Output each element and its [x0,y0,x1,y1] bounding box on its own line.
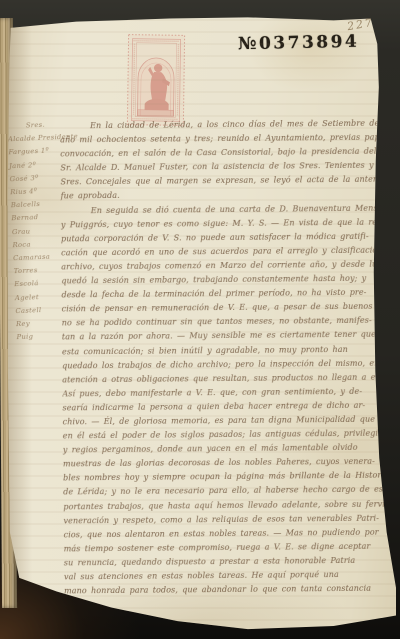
revenue-stamp [126,34,185,127]
photographed-manuscript-scene: 227 №0373894 [0,0,400,639]
manuscript-page: 227 №0373894 [6,13,396,631]
serial-number-stamp: №0373894 [238,32,360,55]
folio-number: 227 [346,16,375,33]
manuscript-line: su renuncia, quedando dispuesto a presta… [64,553,388,570]
manuscript-body: En la ciudad de Lérida, a los cinco días… [60,117,388,599]
manuscript-line: mano honrada para todos, que abandonar l… [64,582,388,599]
